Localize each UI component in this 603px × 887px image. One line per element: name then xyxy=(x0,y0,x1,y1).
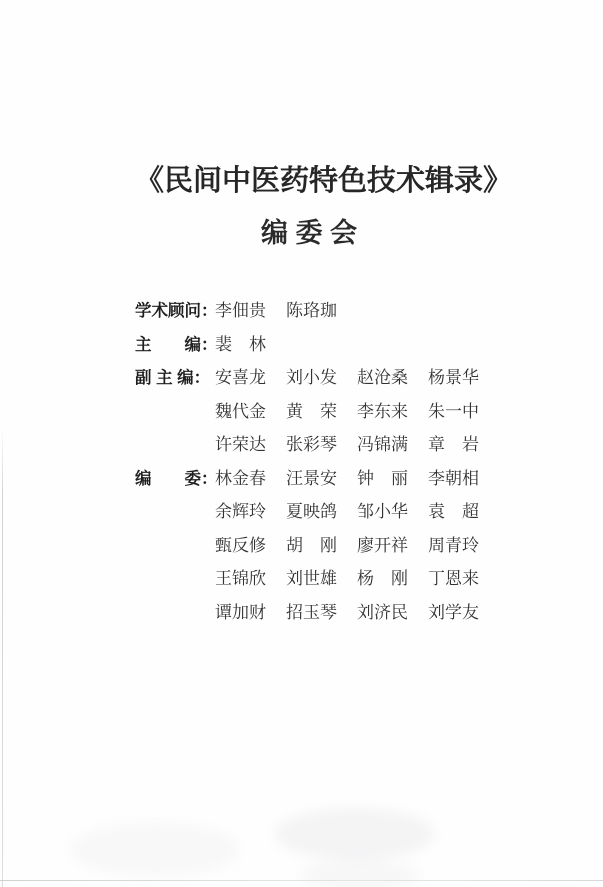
member-name: 杨景华 xyxy=(428,361,479,395)
roster-row-committee-2: 余辉玲 夏映鸽 邹小华 袁 超 xyxy=(135,495,483,529)
roster-row-committee-5: 谭加财 招玉琴 刘济民 刘学友 xyxy=(135,596,483,630)
member-name: 钟 丽 xyxy=(357,462,408,496)
member-name: 谭加财 xyxy=(215,596,266,630)
member-name: 章 岩 xyxy=(428,428,479,462)
member-name: 招玉琴 xyxy=(286,596,337,630)
member-name: 刘学友 xyxy=(428,596,479,630)
member-name: 汪景安 xyxy=(286,462,337,496)
roster-row-academic-advisors: 学术顾问： 李佃贵 陈珞珈 xyxy=(135,294,483,328)
scanned-book-page: 《民间中医药特色技术辑录》 编 委 会 学术顾问： 李佃贵 陈珞珈 主 编： 裴… xyxy=(0,0,603,887)
member-name: 赵沧桑 xyxy=(357,361,408,395)
committee-heading: 编 委 会 xyxy=(135,214,483,252)
roster-row-chief-editor: 主 编： 裴 林 xyxy=(135,328,483,362)
roster-row-committee-3: 甄反修 胡 刚 廖开祥 周青玲 xyxy=(135,529,483,563)
roster-row-deputy-editors-2: 魏代金 黄 荣 李东来 朱一中 xyxy=(135,395,483,429)
member-name: 裴 林 xyxy=(215,328,266,362)
role-label: 学术顾问： xyxy=(135,295,215,329)
member-name: 刘济民 xyxy=(357,596,408,630)
scan-smudge xyxy=(70,822,240,877)
member-name: 胡 刚 xyxy=(286,529,337,563)
role-label: 副 主 编： xyxy=(135,362,215,396)
member-name: 安喜龙 xyxy=(215,361,266,395)
roster-row-deputy-editors-3: 许荣达 张彩琴 冯锦满 章 岩 xyxy=(135,428,483,462)
member-name: 周青玲 xyxy=(428,529,479,563)
member-name: 陈珞珈 xyxy=(286,294,337,328)
page-edge-line-bottom xyxy=(0,880,603,881)
member-name: 夏映鸽 xyxy=(286,495,337,529)
role-label: 编 委： xyxy=(135,463,215,497)
member-name: 刘小发 xyxy=(286,361,337,395)
roster-row-committee-1: 编 委： 林金春 汪景安 钟 丽 李朝相 xyxy=(135,462,483,496)
roster-row-committee-4: 王锦欣 刘世雄 杨 刚 丁恩来 xyxy=(135,562,483,596)
member-name: 朱一中 xyxy=(428,395,479,429)
member-name: 李佃贵 xyxy=(215,294,266,328)
member-name: 袁 超 xyxy=(428,495,479,529)
member-name: 廖开祥 xyxy=(357,529,408,563)
page-edge-line-left xyxy=(2,428,3,887)
member-name: 张彩琴 xyxy=(286,428,337,462)
member-name: 丁恩来 xyxy=(428,562,479,596)
member-name: 李朝相 xyxy=(428,462,479,496)
member-name: 甄反修 xyxy=(215,529,266,563)
roster-row-deputy-editors-1: 副 主 编： 安喜龙 刘小发 赵沧桑 杨景华 xyxy=(135,361,483,395)
member-name: 邹小华 xyxy=(357,495,408,529)
member-name: 余辉玲 xyxy=(215,495,266,529)
role-label: 主 编： xyxy=(135,329,215,363)
member-name: 许荣达 xyxy=(215,428,266,462)
scan-smudge xyxy=(300,860,420,887)
book-title: 《民间中医药特色技术辑录》 xyxy=(135,161,483,201)
member-name: 李东来 xyxy=(357,395,408,429)
member-name: 林金春 xyxy=(215,462,266,496)
member-name: 杨 刚 xyxy=(357,562,408,596)
member-name: 魏代金 xyxy=(215,395,266,429)
page-content: 《民间中医药特色技术辑录》 编 委 会 学术顾问： 李佃贵 陈珞珈 主 编： 裴… xyxy=(135,0,483,887)
member-name: 刘世雄 xyxy=(286,562,337,596)
member-name: 冯锦满 xyxy=(357,428,408,462)
scan-smudge xyxy=(275,808,435,860)
member-name: 黄 荣 xyxy=(286,395,337,429)
member-name: 王锦欣 xyxy=(215,562,266,596)
editorial-roster: 学术顾问： 李佃贵 陈珞珈 主 编： 裴 林 副 主 编： 安喜龙 刘小发 赵沧… xyxy=(135,294,483,629)
